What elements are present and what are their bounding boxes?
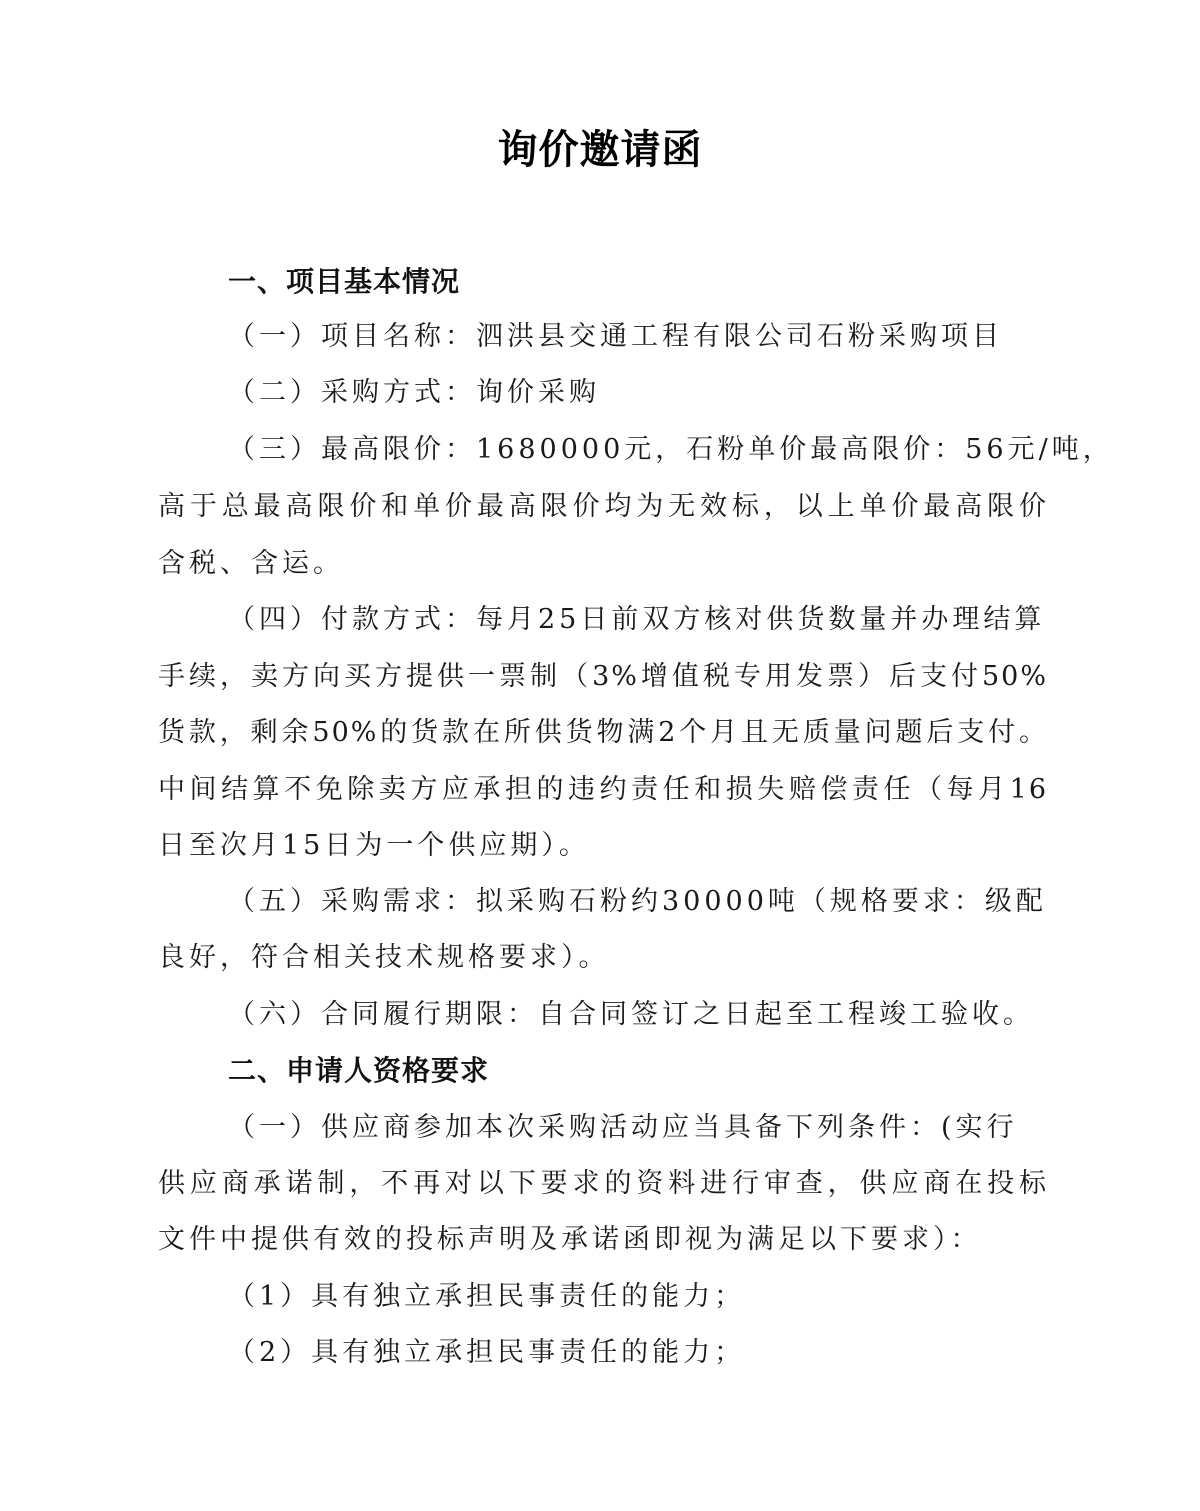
paragraph-line: 文件中提供有效的投标声明及承诺函即视为满足以下要求）：	[158, 1220, 1058, 1260]
paragraph-line: （二）采购方式：询价采购	[228, 373, 1128, 413]
paragraph-line: 供应商承诺制，不再对以下要求的资料进行审查，供应商在投标	[158, 1164, 1048, 1204]
paragraph-line: （四）付款方式：每月25日前双方核对供货数量并办理结算	[228, 600, 1128, 640]
paragraph-line: 良好，符合相关技术规格要求）。	[158, 938, 1058, 978]
document-title: 询价邀请函	[0, 118, 1200, 175]
paragraph-line: （五）采购需求：拟采购石粉约30000吨（规格要求：级配	[228, 882, 1128, 922]
paragraph-line: 手续，卖方向买方提供一票制（3%增值税专用发票）后支付50%	[158, 657, 1048, 697]
paragraph-line: （六）合同履行期限：自合同签订之日起至工程竣工验收。	[228, 995, 1128, 1035]
paragraph-line: （1）具有独立承担民事责任的能力；	[228, 1277, 1128, 1317]
paragraph-line: 日至次月15日为一个供应期）。	[158, 826, 1058, 866]
paragraph-line: 货款，剩余50%的货款在所供货物满2个月且无质量问题后支付。	[158, 713, 1048, 753]
paragraph-line: （一）供应商参加本次采购活动应当具备下列条件：(实行	[228, 1108, 1128, 1148]
paragraph-line: 含税、含运。	[158, 544, 1058, 584]
section-heading: 二、申请人资格要求	[228, 1051, 1128, 1091]
paragraph-line: （2）具有独立承担民事责任的能力；	[228, 1333, 1128, 1373]
section-heading: 一、项目基本情况	[228, 262, 1128, 302]
paragraph-line: （一）项目名称：泗洪县交通工程有限公司石粉采购项目	[228, 317, 1128, 357]
paragraph-line: （三）最高限价：1680000元，石粉单价最高限价：56元/吨，	[228, 430, 1128, 470]
paragraph-line: 高于总最高限价和单价最高限价均为无效标，以上单价最高限价	[158, 487, 1048, 527]
paragraph-line: 中间结算不免除卖方应承担的违约责任和损失赔偿责任（每月16	[158, 770, 1048, 810]
